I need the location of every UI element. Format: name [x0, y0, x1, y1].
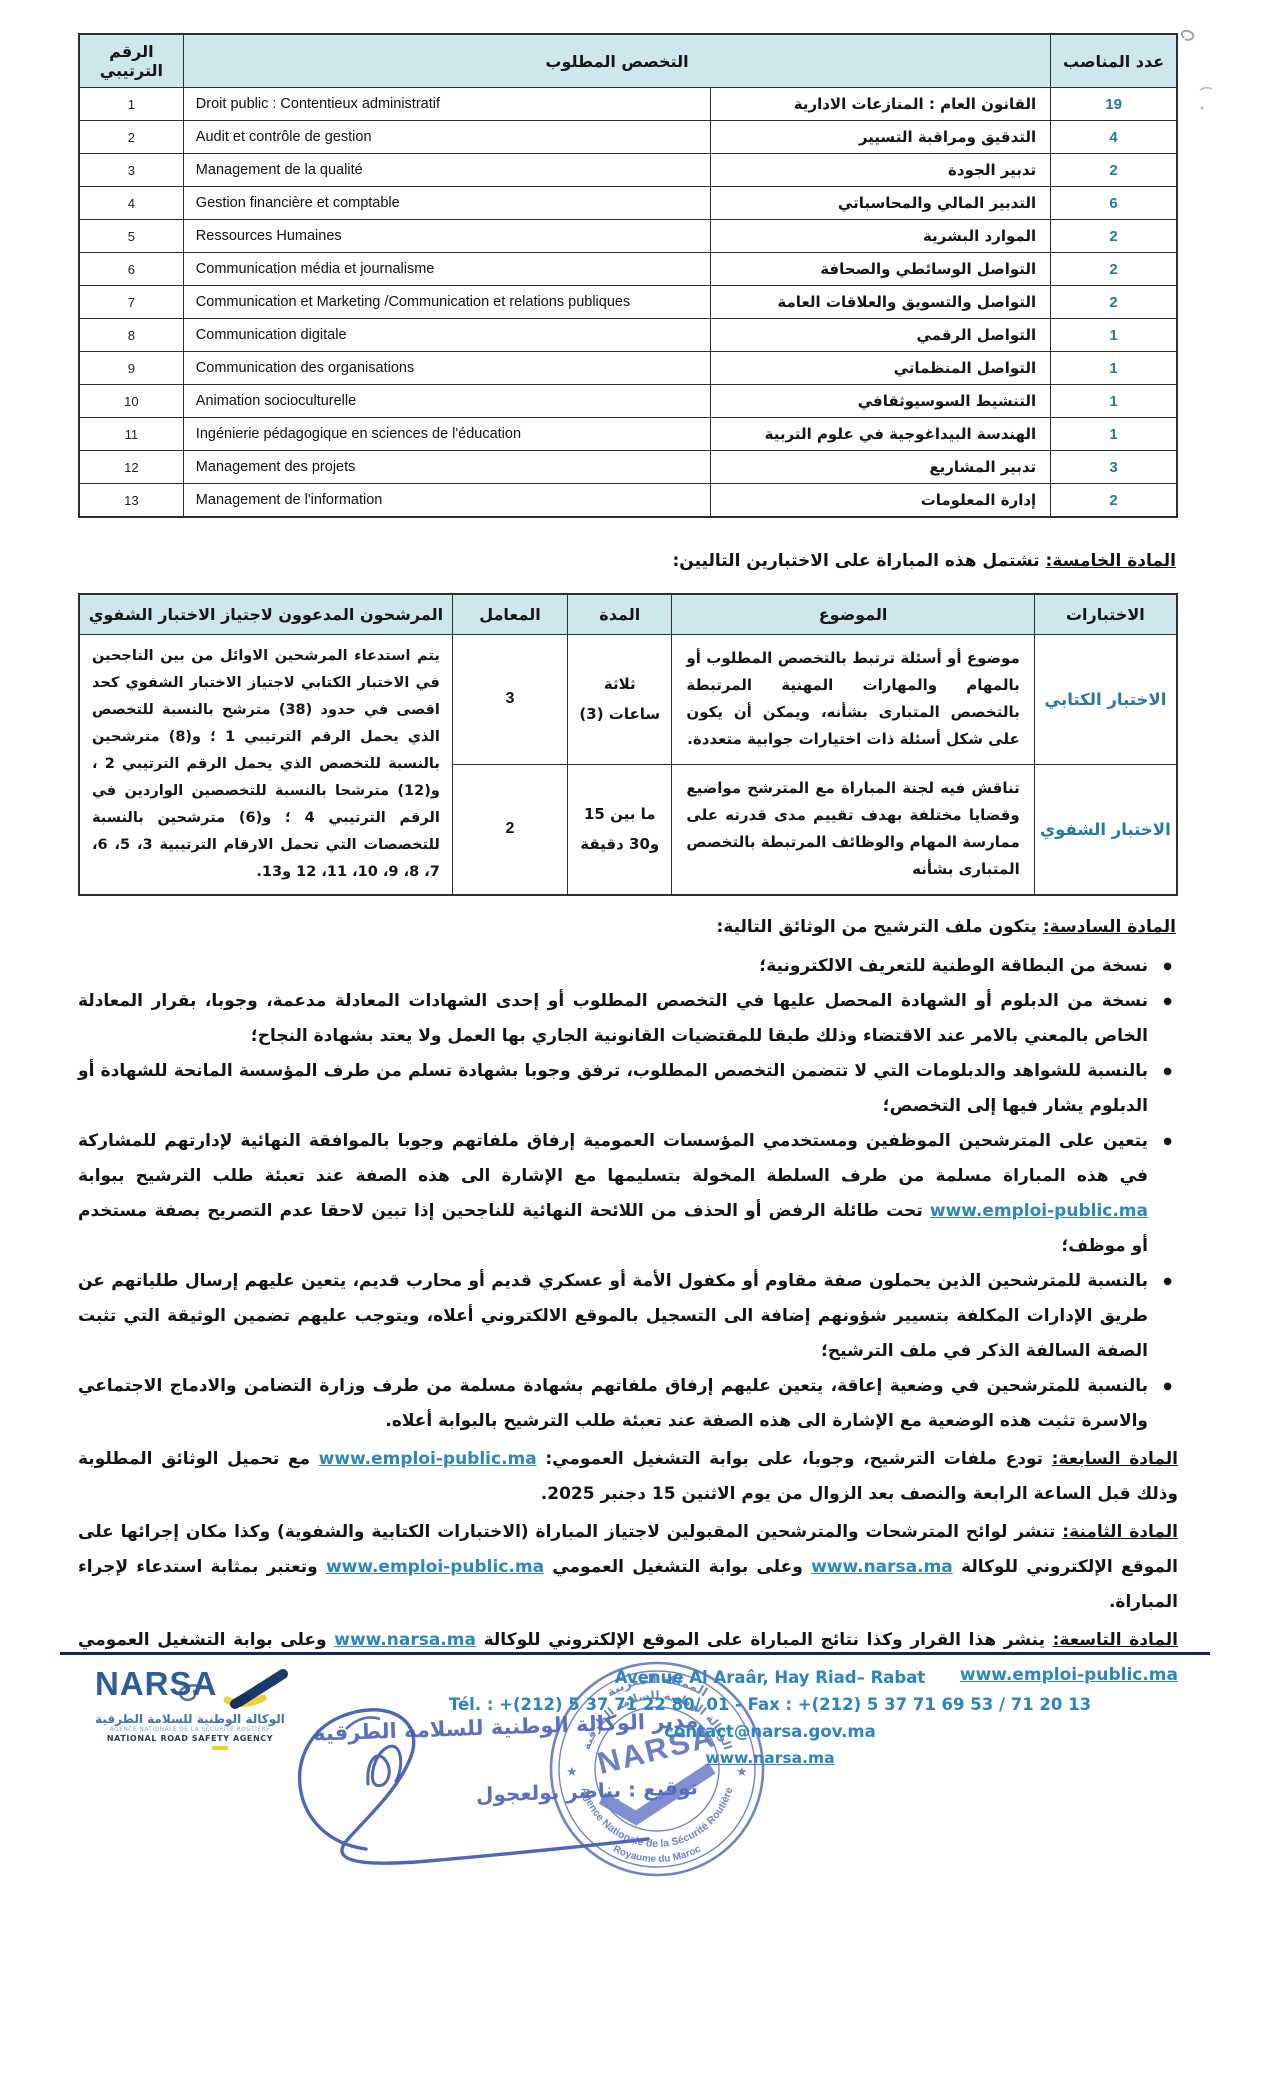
candidates-note-cell: يتم استدعاء المرشحين الاوائل من بين النا… — [79, 635, 452, 896]
rank-cell: 3 — [79, 154, 183, 187]
footer-contact-block: Avenue Al Araâr, Hay Riad– Rabat Tél. : … — [340, 1664, 1200, 1772]
narsa-logo-text: NARSA — [95, 1666, 217, 1702]
positions-count-cell: 2 — [1051, 154, 1177, 187]
article5-label: المادة الخامسة: — [1046, 551, 1176, 571]
article6-text: يتكون ملف الترشيح من الوثائق التالية: — [717, 917, 1043, 937]
rank-cell: 8 — [79, 319, 183, 352]
svg-text:Agence Nationale de la Sécurit: Agence Nationale de la Sécurité Routière — [579, 1786, 736, 1850]
article7-text: تودع ملفات الترشيح، وجوبا، على بوابة الت… — [537, 1449, 1052, 1469]
emploi-public-link[interactable]: www.emploi-public.ma — [326, 1557, 544, 1577]
emploi-public-link[interactable]: www.emploi-public.ma — [930, 1201, 1148, 1221]
scanned-document-page: { "colors":{"header_bg":"#cde7ec","accen… — [0, 0, 1275, 2100]
footer-address: Avenue Al Araâr, Hay Riad– Rabat — [340, 1664, 1200, 1691]
positions-count-cell: 1 — [1051, 418, 1177, 451]
specialty-fr-cell: Communication et Marketing /Communicatio… — [183, 286, 710, 319]
specialty-ar-cell: التواصل والتسويق والعلاقات العامة — [710, 286, 1050, 319]
list-item: بالنسبة للمترشحين في وضعية إعاقة، يتعين … — [78, 1369, 1178, 1439]
positions-count-cell: 3 — [1051, 451, 1177, 484]
rank-cell: 4 — [79, 187, 183, 220]
article8-paragraph: المادة الثامنة: تنشر لوائح المترشحات وال… — [78, 1515, 1178, 1620]
article9-text: وعلى بوابة التشغيل العمومي — [78, 1630, 334, 1650]
specialty-ar-cell: التنشيط السوسيوثقافي — [710, 385, 1050, 418]
list-item: نسخة من البطاقة الوطنية للتعريف الالكترو… — [78, 949, 1178, 984]
table-row: 7 Communication et Marketing /Communicat… — [79, 286, 1177, 319]
positions-count-cell: 1 — [1051, 319, 1177, 352]
documents-list: نسخة من البطاقة الوطنية للتعريف الالكترو… — [78, 949, 1178, 1439]
specialty-fr-cell: Gestion financière et comptable — [183, 187, 710, 220]
exams-header-row: المرشحون المدعوون لاجتياز الاختبار الشفو… — [79, 594, 1177, 635]
specialty-ar-cell: القانون العام : المنازعات الادارية — [710, 88, 1050, 121]
oral-duration-cell: ما بين 15 و30 دقيقة — [568, 764, 672, 895]
table-row: 8 Communication digitale التواصل الرقمي … — [79, 319, 1177, 352]
list-item: بالنسبة للشواهد والدبلومات التي لا تتضمن… — [78, 1054, 1178, 1124]
table-row: 12 Management des projets تدبير المشاريع… — [79, 451, 1177, 484]
specialty-fr-cell: Droit public : Contentieux administratif — [183, 88, 710, 121]
written-subject-cell: موضوع أو أسئلة ترتبط بالتخصص المطلوب أو … — [672, 635, 1034, 765]
footer-separator-rule — [60, 1652, 1210, 1655]
positions-count-cell: 2 — [1051, 484, 1177, 518]
list-item: بالنسبة للمترشحين الذين يحملون صفة مقاوم… — [78, 1264, 1178, 1369]
table-row: 13 Management de l'information إدارة الم… — [79, 484, 1177, 518]
specialty-fr-cell: Communication des organisations — [183, 352, 710, 385]
table-row: 2 Audit et contrôle de gestion التدقيق و… — [79, 121, 1177, 154]
col-header-tests: الاختبارات — [1034, 594, 1177, 635]
footer-email[interactable]: contact@narsa.gov.ma — [340, 1718, 1200, 1745]
article5-heading: المادة الخامسة: تشتمل هذه المباراة على ا… — [78, 544, 1176, 579]
col-header-count: عدد المناصب — [1051, 34, 1177, 88]
bullet-text: نسخة من الدبلوم أو الشهادة المحصل عليها … — [78, 991, 1148, 1046]
pencil-mark — [1176, 28, 1216, 118]
list-item: نسخة من الدبلوم أو الشهادة المحصل عليها … — [78, 984, 1178, 1054]
positions-count-cell: 1 — [1051, 385, 1177, 418]
oral-subject-cell: تناقش فيه لجنة المباراة مع المترشح مواضي… — [672, 764, 1034, 895]
positions-count-cell: 4 — [1051, 121, 1177, 154]
rank-cell: 7 — [79, 286, 183, 319]
specialty-fr-cell: Communication média et journalisme — [183, 253, 710, 286]
specialty-fr-cell: Management des projets — [183, 451, 710, 484]
table-row: 1 Droit public : Contentieux administrat… — [79, 88, 1177, 121]
article7-paragraph: المادة السابعة: تودع ملفات الترشيح، وجوب… — [78, 1442, 1178, 1512]
specialty-fr-cell: Management de l'information — [183, 484, 710, 518]
table-row: 11 Ingénierie pédagogique en sciences de… — [79, 418, 1177, 451]
emploi-public-link[interactable]: www.emploi-public.ma — [319, 1449, 537, 1469]
article8-label: المادة الثامنة: — [1062, 1522, 1178, 1542]
table-row: 9 Communication des organisations التواص… — [79, 352, 1177, 385]
article9-label: المادة التاسعة: — [1053, 1630, 1178, 1650]
specialty-ar-cell: التواصل الرقمي — [710, 319, 1050, 352]
article8-text: وعلى بوابة التشغيل العمومي — [544, 1557, 811, 1577]
article6-label: المادة السادسة: — [1043, 917, 1176, 937]
rank-cell: 11 — [79, 418, 183, 451]
col-header-rank: الرقم الترتيبي — [79, 34, 183, 88]
specialty-fr-cell: Animation socioculturelle — [183, 385, 710, 418]
positions-count-cell: 2 — [1051, 286, 1177, 319]
col-header-specialty: التخصص المطلوب — [183, 34, 1050, 88]
list-item: يتعين على المترشحين الموظفين ومستخدمي ال… — [78, 1124, 1178, 1264]
article6-heading: المادة السادسة: يتكون ملف الترشيح من الو… — [78, 910, 1176, 945]
table-row: 3 Management de la qualité تدبير الجودة … — [79, 154, 1177, 187]
written-exam-label: الاختبار الكتابي — [1034, 635, 1177, 765]
positions-count-cell: 1 — [1051, 352, 1177, 385]
article7-label: المادة السابعة: — [1052, 1449, 1178, 1469]
col-header-duration: المدة — [568, 594, 672, 635]
rank-cell: 10 — [79, 385, 183, 418]
narsa-logo: NARSA الوكالة الوطنية للسلامة الطرقية AG… — [95, 1666, 345, 1750]
specialty-ar-cell: التواصل الوسائطي والصحافة — [710, 253, 1050, 286]
specialty-ar-cell: تدبير الجودة — [710, 154, 1050, 187]
positions-count-cell: 2 — [1051, 220, 1177, 253]
table-row: 5 Ressources Humaines الموارد البشرية 2 — [79, 220, 1177, 253]
specialty-ar-cell: التدقيق ومراقبة التسيير — [710, 121, 1050, 154]
positions-header-row: الرقم الترتيبي التخصص المطلوب عدد المناص… — [79, 34, 1177, 88]
written-coefficient-cell: 3 — [452, 635, 567, 765]
positions-table: الرقم الترتيبي التخصص المطلوب عدد المناص… — [78, 33, 1178, 518]
rank-cell: 12 — [79, 451, 183, 484]
article5-text: تشتمل هذه المباراة على الاختبارين التالي… — [673, 551, 1046, 571]
col-header-candidates: المرشحون المدعوون لاجتياز الاختبار الشفو… — [79, 594, 452, 635]
bullet-text: بالنسبة للشواهد والدبلومات التي لا تتضمن… — [78, 1061, 1148, 1116]
positions-count-cell: 19 — [1051, 88, 1177, 121]
positions-count-cell: 6 — [1051, 187, 1177, 220]
col-header-coefficient: المعامل — [452, 594, 567, 635]
narsa-link[interactable]: www.narsa.ma — [811, 1557, 953, 1577]
rank-cell: 9 — [79, 352, 183, 385]
specialty-fr-cell: Audit et contrôle de gestion — [183, 121, 710, 154]
specialty-ar-cell: تدبير المشاريع — [710, 451, 1050, 484]
written-exam-row: يتم استدعاء المرشحين الاوائل من بين النا… — [79, 635, 1177, 765]
specialty-ar-cell: الهندسة البيداغوجية في علوم التربية — [710, 418, 1050, 451]
exams-table: المرشحون المدعوون لاجتياز الاختبار الشفو… — [78, 593, 1178, 896]
specialty-fr-cell: Ressources Humaines — [183, 220, 710, 253]
rank-cell: 6 — [79, 253, 183, 286]
narsa-swoosh-icon — [221, 1666, 295, 1710]
positions-count-cell: 2 — [1051, 253, 1177, 286]
narsa-logo-arabic: الوكالة الوطنية للسلامة الطرقية — [95, 1712, 285, 1726]
oral-exam-label: الاختبار الشفوي — [1034, 764, 1177, 895]
specialty-fr-cell: Ingénierie pédagogique en sciences de l'… — [183, 418, 710, 451]
rank-cell: 1 — [79, 88, 183, 121]
rank-cell: 2 — [79, 121, 183, 154]
table-row: 10 Animation socioculturelle التنشيط الس… — [79, 385, 1177, 418]
rank-cell: 5 — [79, 220, 183, 253]
article9-text: ينشر هذا القرار وكذا نتائج المباراة على … — [476, 1630, 1053, 1650]
bullet-text: بالنسبة للمترشحين الذين يحملون صفة مقاوم… — [78, 1271, 1148, 1361]
specialty-fr-cell: Communication digitale — [183, 319, 710, 352]
positions-table-body: 1 Droit public : Contentieux administrat… — [79, 88, 1177, 518]
logo-yellow-dash — [212, 1746, 228, 1750]
specialty-ar-cell: التواصل المنظماتي — [710, 352, 1050, 385]
table-row: 4 Gestion financière et comptable التدبي… — [79, 187, 1177, 220]
bullet-text: يتعين على المترشحين الموظفين ومستخدمي ال… — [78, 1131, 1148, 1186]
footer-website[interactable]: www.narsa.ma — [340, 1745, 1200, 1772]
col-header-subject: الموضوع — [672, 594, 1034, 635]
specialty-ar-cell: الموارد البشرية — [710, 220, 1050, 253]
document-body: الرقم الترتيبي التخصص المطلوب عدد المناص… — [78, 33, 1178, 1851]
footer-phone-fax: Tél. : +(212) 5 37 71 22 80/ 01 - Fax : … — [340, 1691, 1200, 1718]
specialty-fr-cell: Management de la qualité — [183, 154, 710, 187]
specialty-ar-cell: إدارة المعلومات — [710, 484, 1050, 518]
bullet-text: نسخة من البطاقة الوطنية للتعريف الالكترو… — [759, 956, 1148, 976]
specialty-ar-cell: التدبير المالي والمحاسباتي — [710, 187, 1050, 220]
narsa-link[interactable]: www.narsa.ma — [334, 1630, 476, 1650]
table-row: 6 Communication média et journalisme الت… — [79, 253, 1177, 286]
narsa-logo-english: NATIONAL ROAD SAFETY AGENCY — [95, 1734, 285, 1743]
rank-cell: 13 — [79, 484, 183, 518]
written-duration-cell: ثلاثة ساعات (3) — [568, 635, 672, 765]
narsa-logo-french: AGENCE NATIONALE DE LA SÉCURITÉ ROUTIÈRE — [95, 1726, 285, 1733]
oral-coefficient-cell: 2 — [452, 764, 567, 895]
bullet-text: بالنسبة للمترشحين في وضعية إعاقة، يتعين … — [78, 1376, 1148, 1431]
